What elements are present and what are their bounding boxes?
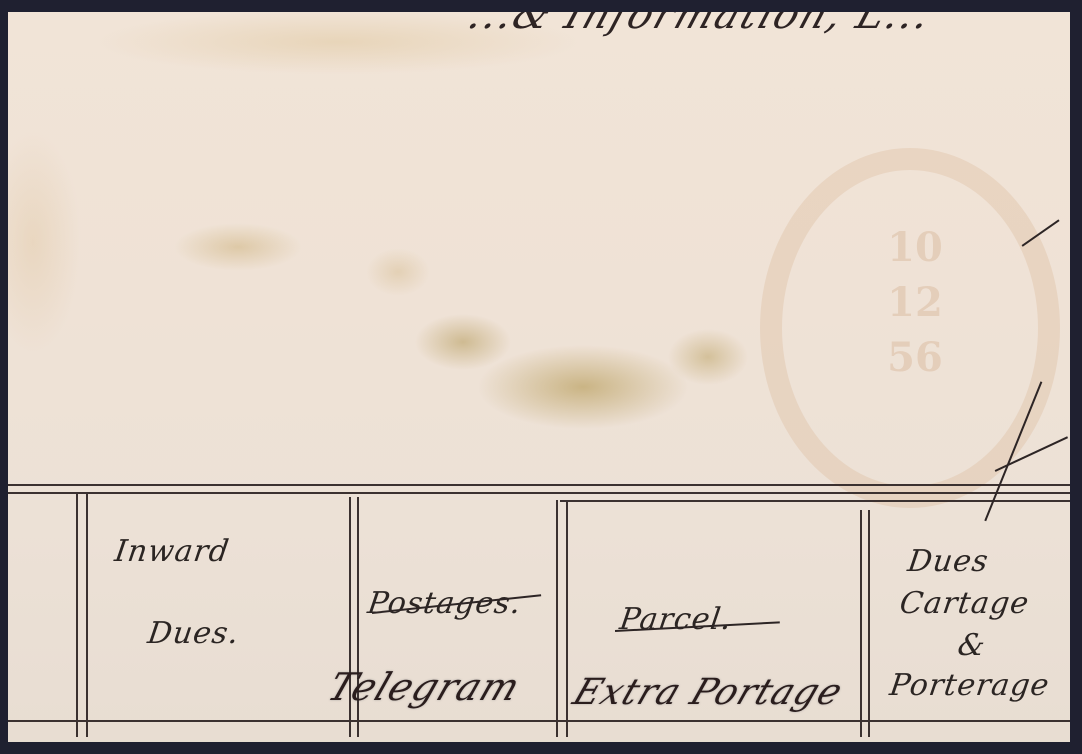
- header-porterage: Porterage: [888, 668, 1052, 703]
- grid-line: [86, 492, 88, 737]
- grid-line: [860, 510, 862, 737]
- scan-border: [1070, 0, 1082, 754]
- postmark-text: 10 12 56: [820, 220, 1010, 440]
- grid-line: [8, 720, 1070, 722]
- grid-line: [8, 492, 1070, 494]
- scan-border: [0, 0, 8, 754]
- header-dues: Dues.: [146, 616, 242, 651]
- grid-line: [8, 484, 1070, 486]
- postmark-line: 56: [820, 330, 1010, 385]
- grid-line: [566, 500, 568, 737]
- grid-line: [76, 492, 78, 737]
- parcel-text: Parcel.: [618, 602, 735, 637]
- postmark-line: 10: [820, 220, 1010, 275]
- header-ampersand: &: [956, 628, 989, 663]
- grid-line: [868, 510, 870, 737]
- header-inward: Inward: [113, 534, 232, 569]
- handwritten-extra-portage: Extra Portage: [568, 672, 849, 713]
- header-cartage: Cartage: [898, 586, 1032, 621]
- header-dues-2: Dues: [906, 544, 991, 579]
- postmark-line: 12: [820, 275, 1010, 330]
- header-parcel: Parcel.: [618, 602, 735, 637]
- handwritten-telegram: Telegram: [322, 665, 527, 709]
- grid-line: [556, 500, 558, 737]
- scan-border: [0, 742, 1082, 754]
- scan-border: [0, 0, 1082, 12]
